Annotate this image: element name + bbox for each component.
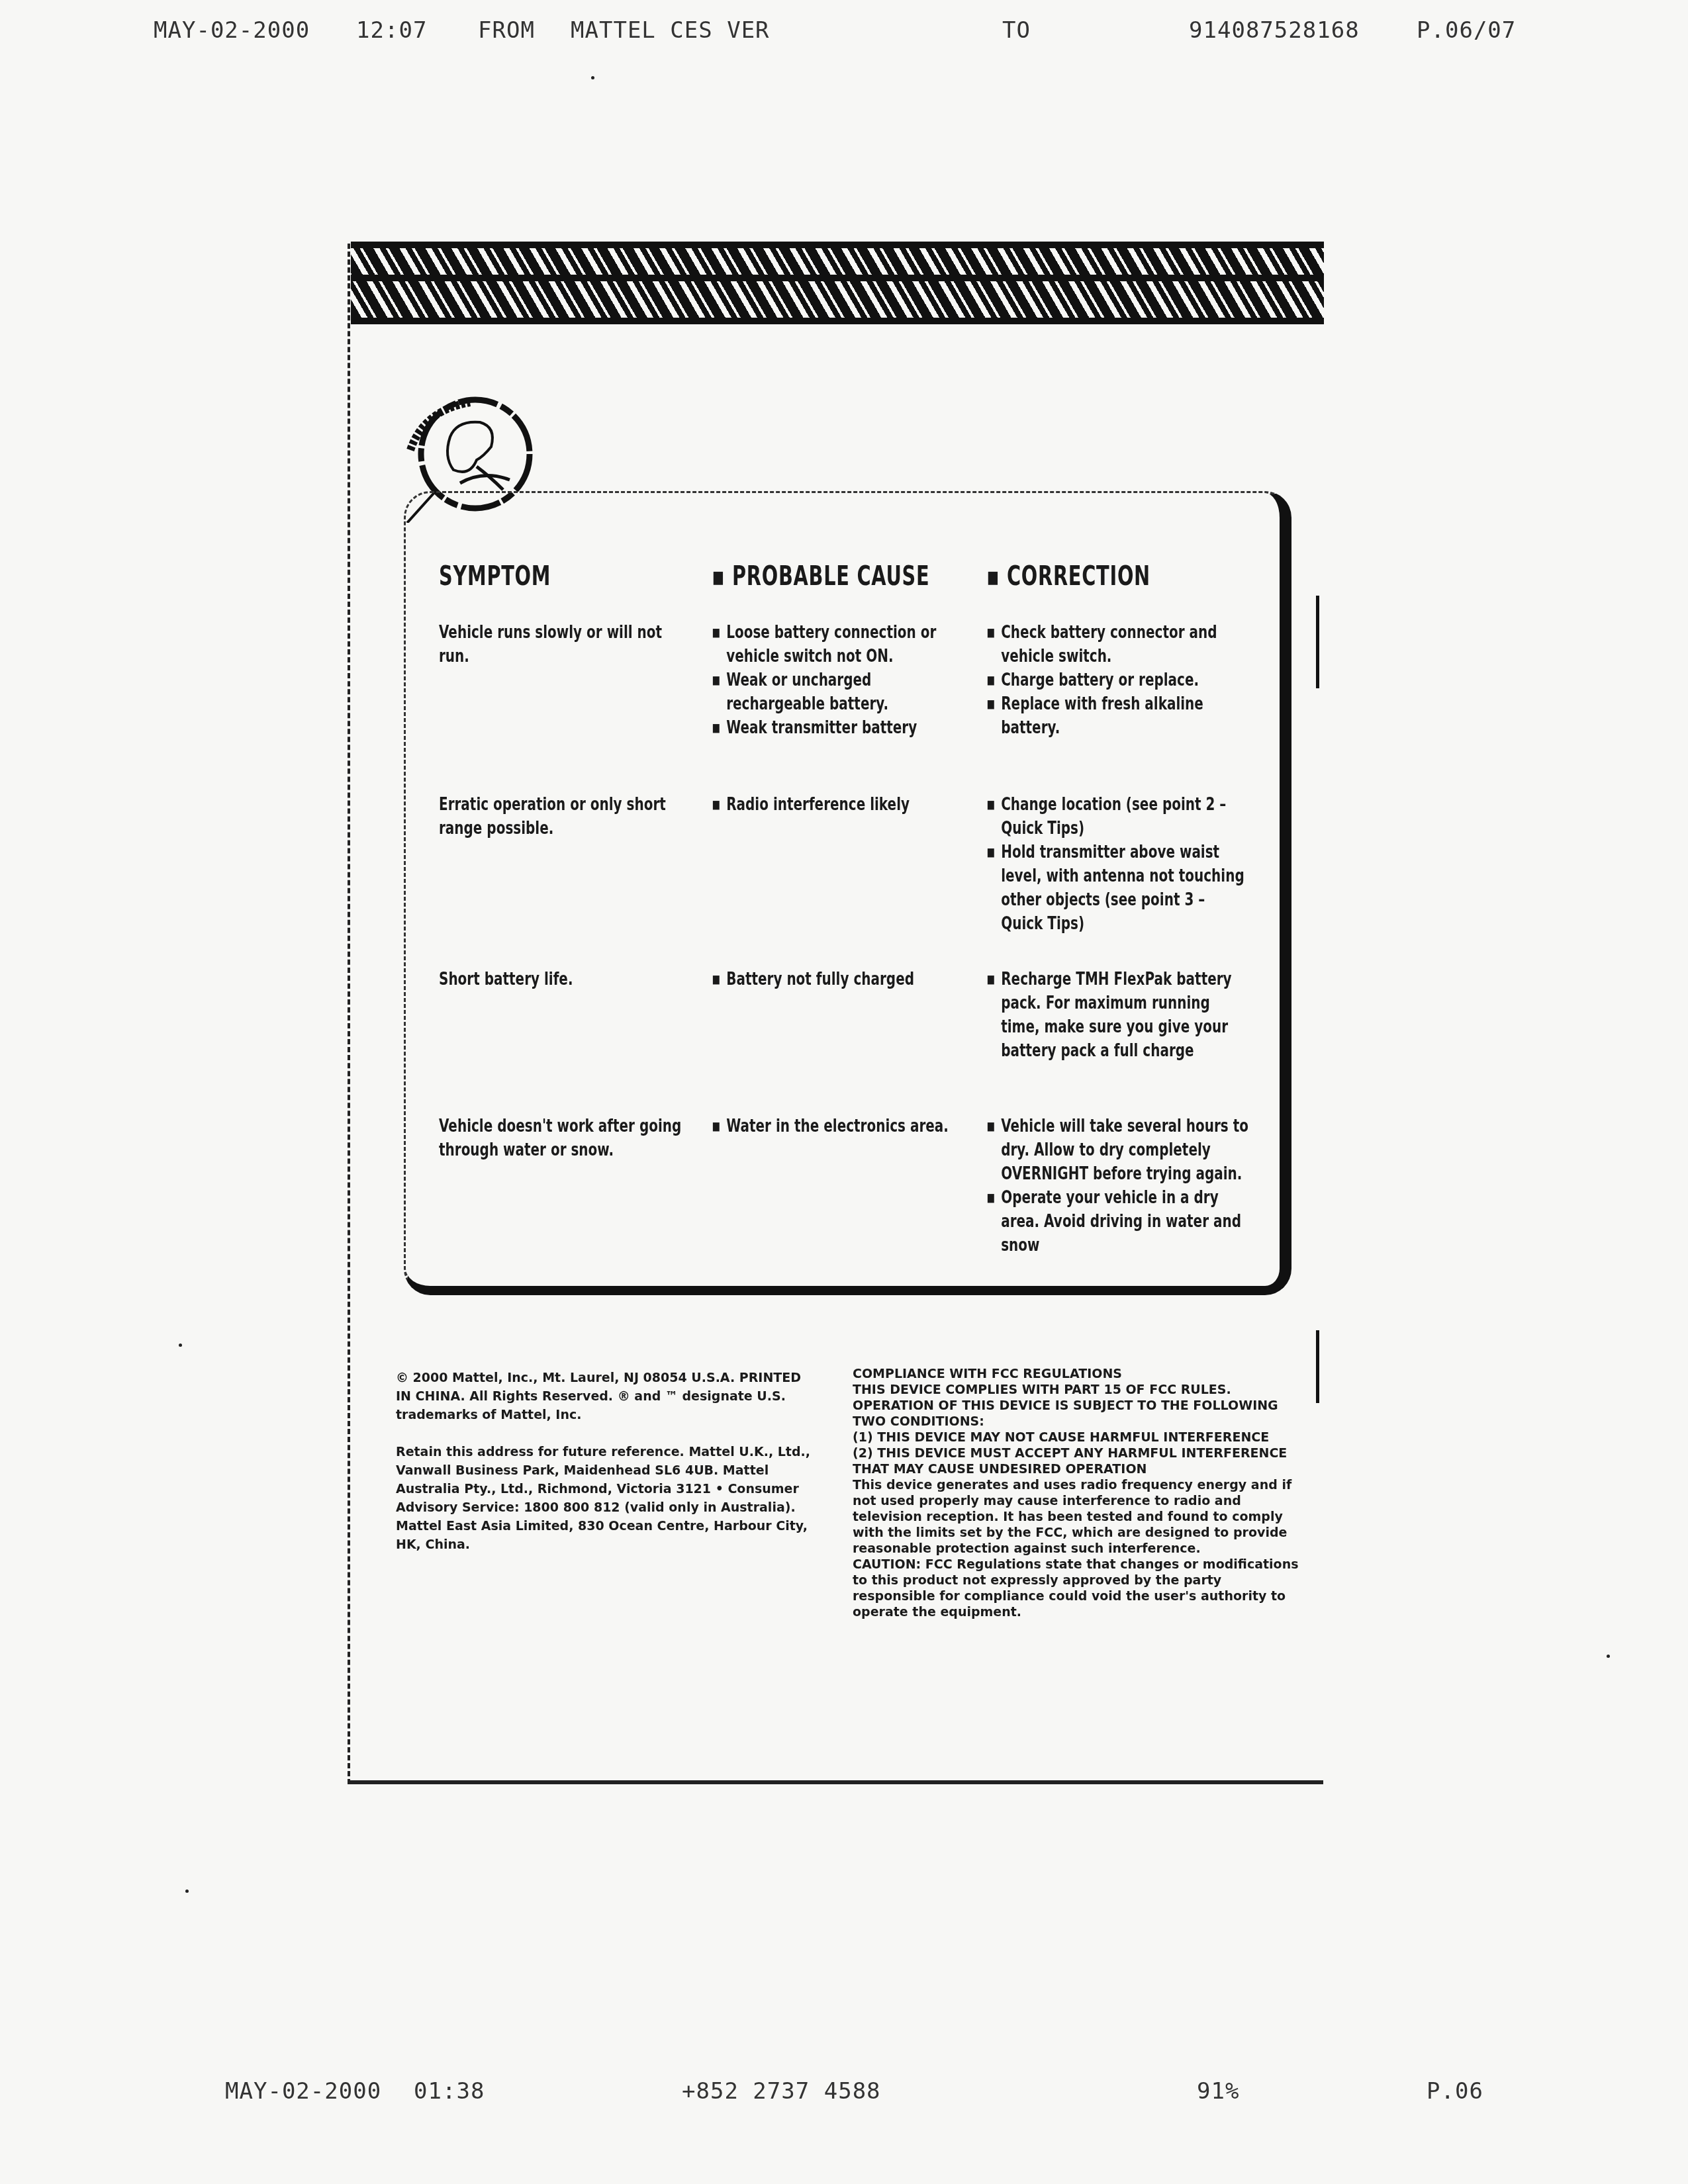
list-item: Replace with fresh alkaline battery. [986,692,1251,740]
hatched-banner [351,242,1324,324]
correction-cell: Check battery connector and vehicle swit… [986,621,1251,740]
margin-mark [1316,596,1319,688]
list-item: Radio interference likely [712,793,971,817]
scan-speck [591,76,594,79]
fax-header-to-label: TO [1002,17,1031,44]
scan-speck [179,1343,182,1347]
list-item: Hold transmitter above waist level, with… [986,841,1251,936]
legal-notice: © 2000 Mattel, Inc., Mt. Laurel, NJ 0805… [396,1369,820,1572]
symptom-cell: Short battery life. [439,968,694,991]
list-item: Loose battery connection or vehicle swit… [712,621,971,668]
symptom-cell: Vehicle runs slowly or will not run. [439,621,694,668]
fcc-body: This device generates and uses radio fre… [853,1477,1303,1557]
symptom-cell: Vehicle doesn't work after going through… [439,1115,694,1162]
list-item: Battery not fully charged [712,968,971,991]
fcc-caution: CAUTION: FCC Regulations state that chan… [853,1557,1303,1620]
cause-cell: Radio interference likely [712,793,971,817]
cause-cell: Loose battery connection or vehicle swit… [712,621,971,740]
correction-cell: Change location (see point 2 – Quick Tip… [986,793,1251,936]
fax-header-top: MAY-02-2000 12:07 FROM MATTEL CES VER TO… [0,17,1688,50]
scan-speck [185,1889,189,1893]
fax-footer-phone: +852 2737 4588 [682,2078,881,2105]
cause-cell: Water in the electronics area. [712,1115,971,1138]
list-item: Operate your vehicle in a dry area. Avoi… [986,1186,1251,1257]
copyright-text: © 2000 Mattel, Inc., Mt. Laurel, NJ 0805… [396,1369,820,1424]
margin-mark [1316,1330,1319,1403]
column-header-correction: ▪ CORRECTION [986,561,1150,592]
cause-cell: Battery not fully charged [712,968,971,991]
fax-footer-date: MAY-02-2000 [225,2078,381,2105]
fax-header-time: 12:07 [356,17,427,44]
fax-header-to-number: 914087528168 [1189,17,1360,44]
correction-cell: Recharge TMH FlexPak battery pack. For m… [986,968,1251,1063]
list-item: Vehicle will take several hours to dry. … [986,1115,1251,1186]
list-item: Recharge TMH FlexPak battery pack. For m… [986,968,1251,1063]
list-item: Check battery connector and vehicle swit… [986,621,1251,668]
fax-header-from-label: FROM [478,17,535,44]
list-item: Weak transmitter battery [712,716,971,740]
fax-footer: MAY-02-2000 01:38 +852 2737 4588 91% P.0… [0,2078,1688,2111]
list-item: Change location (see point 2 – Quick Tip… [986,793,1251,841]
fcc-compliance: COMPLIANCE WITH FCC REGULATIONS THIS DEV… [853,1366,1303,1620]
fax-header-from-name: MATTEL CES VER [571,17,770,44]
fcc-condition-2: (2) THIS DEVICE MUST ACCEPT ANY HARMFUL … [853,1445,1303,1477]
list-item: Water in the electronics area. [712,1115,971,1138]
symptom-cell: Erratic operation or only short range po… [439,793,694,841]
correction-cell: Vehicle will take several hours to dry. … [986,1115,1251,1257]
column-header-symptom: SYMPTOM [439,561,551,592]
fax-header-page: P.06/07 [1417,17,1516,44]
fcc-condition-1: (1) THIS DEVICE MAY NOT CAUSE HARMFUL IN… [853,1430,1303,1445]
fax-header-date: MAY-02-2000 [154,17,310,44]
column-header-probable-cause: ▪ PROBABLE CAUSE [712,561,929,592]
fax-footer-page: P.06 [1427,2078,1483,2105]
address-text: Retain this address for future reference… [396,1443,820,1554]
fcc-title: COMPLIANCE WITH FCC REGULATIONS [853,1366,1303,1382]
scan-speck [1607,1655,1610,1658]
fax-footer-time: 01:38 [414,2078,485,2105]
fcc-statement: THIS DEVICE COMPLIES WITH PART 15 OF FCC… [853,1382,1303,1430]
list-item: Charge battery or replace. [986,668,1251,692]
list-item: Weak or uncharged rechargeable battery. [712,668,971,716]
fax-footer-quality: 91% [1197,2078,1239,2105]
